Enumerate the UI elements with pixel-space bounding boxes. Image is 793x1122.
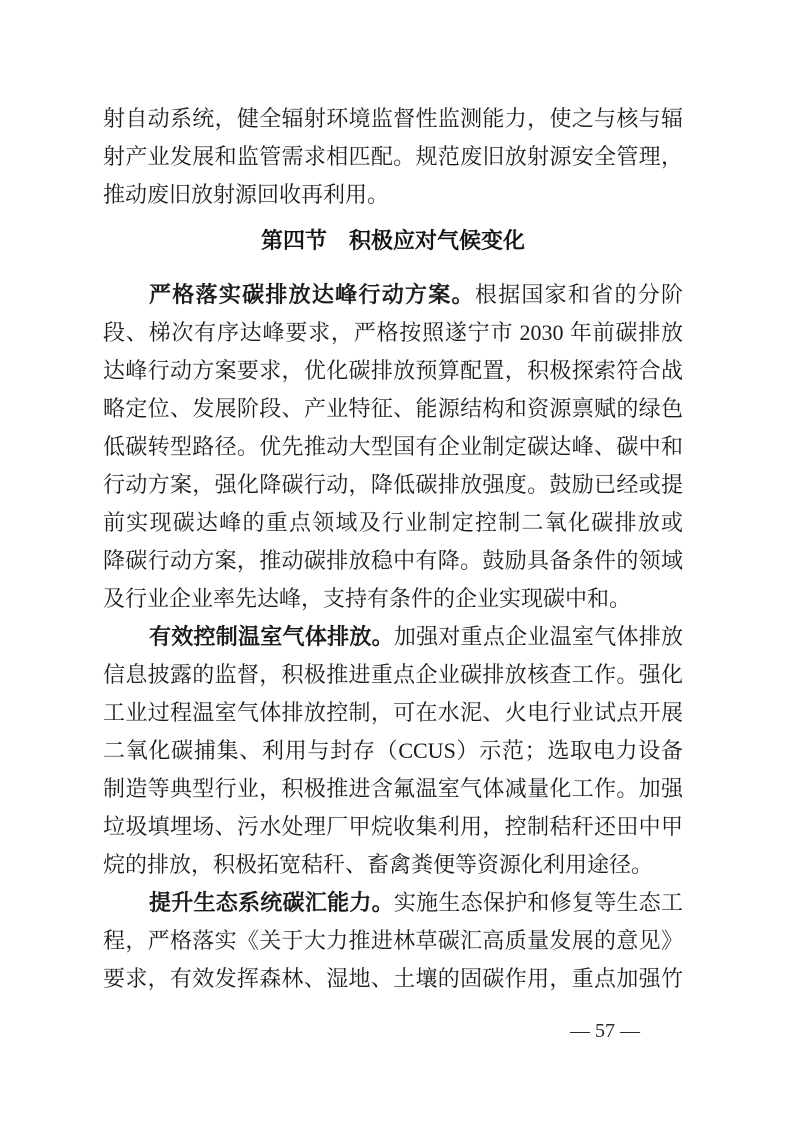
body-text: 段、梯次有序达峰要求，严格按照遂宁市 2030 年前碳排放 [103, 320, 683, 345]
body-text: 制造等典型行业，积极推进含氟温室气体减量化工作。加强 [103, 776, 683, 801]
body-text: 二氧化碳捕集、利用与封存（CCUS）示范；选取电力设备 [103, 738, 683, 763]
body-text: 射产业发展和监管需求相匹配。规范废旧放射源安全管理， [103, 144, 683, 169]
document-page: 射自动系统，健全辐射环境监督性监测能力，使之与核与辐射产业发展和监管需求相匹配。… [0, 0, 793, 1122]
body-text: 前实现碳达峰的重点领域及行业制定控制二氧化碳排放或 [103, 510, 683, 535]
bold-lead-in-text: 严格落实碳排放达峰行动方案。 [149, 282, 475, 307]
text-line: 有效控制温室气体排放。加强对重点企业温室气体排放 [103, 618, 683, 656]
body-text: 低碳转型路径。优先推动大型国有企业制定碳达峰、碳中和 [103, 434, 683, 459]
paragraph-carbon-peak-plan: 严格落实碳排放达峰行动方案。根据国家和省的分阶段、梯次有序达峰要求，严格按照遂宁… [103, 276, 683, 618]
document-content: 射自动系统，健全辐射环境监督性监测能力，使之与核与辐射产业发展和监管需求相匹配。… [103, 100, 683, 998]
body-text: 加强对重点企业温室气体排放 [394, 624, 683, 649]
sections-container: 严格落实碳排放达峰行动方案。根据国家和省的分阶段、梯次有序达峰要求，严格按照遂宁… [103, 276, 683, 998]
page-number: — 57 — [570, 1020, 640, 1042]
body-text: 信息披露的监督，积极推进重点企业碳排放核查工作。强化 [103, 662, 683, 687]
text-line: 及行业企业率先达峰，支持有条件的企业实现碳中和。 [103, 580, 683, 618]
bold-lead-in-text: 提升生态系统碳汇能力。 [149, 890, 394, 915]
paragraph-carbon-sink-capacity: 提升生态系统碳汇能力。实施生态保护和修复等生态工程，严格落实《关于大力推进林草碳… [103, 884, 683, 998]
text-line: 要求，有效发挥森林、湿地、土壤的固碳作用，重点加强竹 [103, 960, 683, 998]
text-line: 程，严格落实《关于大力推进林草碳汇高质量发展的意见》 [103, 922, 683, 960]
text-line: 严格落实碳排放达峰行动方案。根据国家和省的分阶 [103, 276, 683, 314]
paragraph-radiation-continued: 射自动系统，健全辐射环境监督性监测能力，使之与核与辐射产业发展和监管需求相匹配。… [103, 100, 683, 214]
text-line: 垃圾填埋场、污水处理厂甲烷收集利用，控制秸秆还田中甲 [103, 808, 683, 846]
text-line: 提升生态系统碳汇能力。实施生态保护和修复等生态工 [103, 884, 683, 922]
body-text: 推动废旧放射源回收再利用。 [103, 182, 389, 207]
body-text: 实施生态保护和修复等生态工 [394, 890, 683, 915]
text-line: 信息披露的监督，积极推进重点企业碳排放核查工作。强化 [103, 656, 683, 694]
text-line: 略定位、发展阶段、产业特征、能源结构和资源禀赋的绿色 [103, 390, 683, 428]
body-text: 程，严格落实《关于大力推进林草碳汇高质量发展的意见》 [103, 928, 683, 953]
body-text: 射自动系统，健全辐射环境监督性监测能力，使之与核与辐 [103, 106, 683, 131]
text-line: 工业过程温室气体排放控制，可在水泥、火电行业试点开展 [103, 694, 683, 732]
body-text: 及行业企业率先达峰，支持有条件的企业实现碳中和。 [103, 586, 631, 611]
paragraph-greenhouse-gas-control: 有效控制温室气体排放。加强对重点企业温室气体排放信息披露的监督，积极推进重点企业… [103, 618, 683, 884]
text-line: 制造等典型行业，积极推进含氟温室气体减量化工作。加强 [103, 770, 683, 808]
bold-lead-in-text: 有效控制温室气体排放。 [149, 624, 394, 649]
text-line: 烷的排放，积极拓宽秸秆、畜禽粪便等资源化利用途径。 [103, 846, 683, 884]
body-text: 行动方案，强化降碳行动，降低碳排放强度。鼓励已经或提 [103, 472, 683, 497]
body-text: 根据国家和省的分阶 [475, 282, 683, 307]
section-heading: 第四节 积极应对气候变化 [103, 222, 683, 260]
text-line: 低碳转型路径。优先推动大型国有企业制定碳达峰、碳中和 [103, 428, 683, 466]
body-text: 要求，有效发挥森林、湿地、土壤的固碳作用，重点加强竹 [103, 966, 683, 991]
text-line: 前实现碳达峰的重点领域及行业制定控制二氧化碳排放或 [103, 504, 683, 542]
body-text: 降碳行动方案，推动碳排放稳中有降。鼓励具备条件的领域 [103, 548, 683, 573]
body-text: 达峰行动方案要求，优化碳排放预算配置，积极探索符合战 [103, 358, 683, 383]
text-line: 达峰行动方案要求，优化碳排放预算配置，积极探索符合战 [103, 352, 683, 390]
text-line: 射自动系统，健全辐射环境监督性监测能力，使之与核与辐 [103, 100, 683, 138]
body-text: 工业过程温室气体排放控制，可在水泥、火电行业试点开展 [103, 700, 683, 725]
text-line: 推动废旧放射源回收再利用。 [103, 176, 683, 214]
intro-paragraph-container: 射自动系统，健全辐射环境监督性监测能力，使之与核与辐射产业发展和监管需求相匹配。… [103, 100, 683, 214]
body-text: 略定位、发展阶段、产业特征、能源结构和资源禀赋的绿色 [103, 396, 683, 421]
text-line: 射产业发展和监管需求相匹配。规范废旧放射源安全管理， [103, 138, 683, 176]
page-footer: — 57 — [570, 1016, 640, 1046]
text-line: 行动方案，强化降碳行动，降低碳排放强度。鼓励已经或提 [103, 466, 683, 504]
text-line: 降碳行动方案，推动碳排放稳中有降。鼓励具备条件的领域 [103, 542, 683, 580]
text-line: 段、梯次有序达峰要求，严格按照遂宁市 2030 年前碳排放 [103, 314, 683, 352]
body-text: 垃圾填埋场、污水处理厂甲烷收集利用，控制秸秆还田中甲 [103, 814, 683, 839]
body-text: 烷的排放，积极拓宽秸秆、畜禽粪便等资源化利用途径。 [103, 852, 653, 877]
text-line: 二氧化碳捕集、利用与封存（CCUS）示范；选取电力设备 [103, 732, 683, 770]
